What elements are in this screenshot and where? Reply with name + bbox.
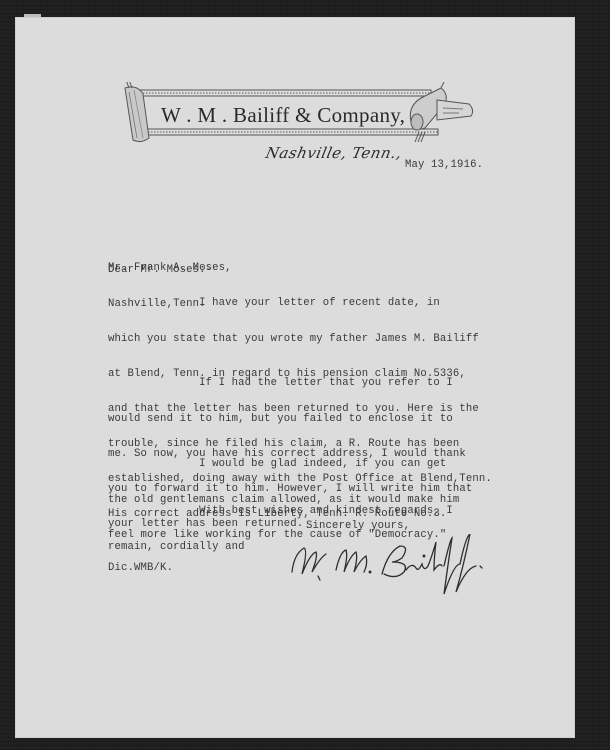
paragraph-line: I would be glad indeed, if you can get	[108, 459, 459, 471]
letterhead-banner: W . M . Bailiff & Company,	[119, 82, 479, 144]
dictation-initials: Dic.WMB/K.	[108, 563, 173, 575]
paragraph-line: If I had the letter that you refer to I	[108, 378, 472, 390]
paragraph-line: I have your letter of recent date, in	[108, 298, 492, 310]
paragraph-line: With best wishes and kindest regards, I	[108, 506, 453, 518]
closing: Sincerely yours,	[306, 521, 410, 533]
signature-icon	[284, 534, 514, 604]
company-name: W . M . Bailiff & Company,	[161, 103, 411, 128]
paragraph-line: would send it to him, but you failed to …	[108, 414, 472, 426]
letter-page: W . M . Bailiff & Company, Nashville, Te…	[16, 18, 574, 737]
handwritten-signature	[284, 534, 514, 604]
letterhead-place: Nashville, Tenn.,	[264, 144, 404, 162]
paragraph-line: which you state that you wrote my father…	[108, 334, 492, 346]
letter-date: May 13,1916.	[405, 160, 483, 172]
